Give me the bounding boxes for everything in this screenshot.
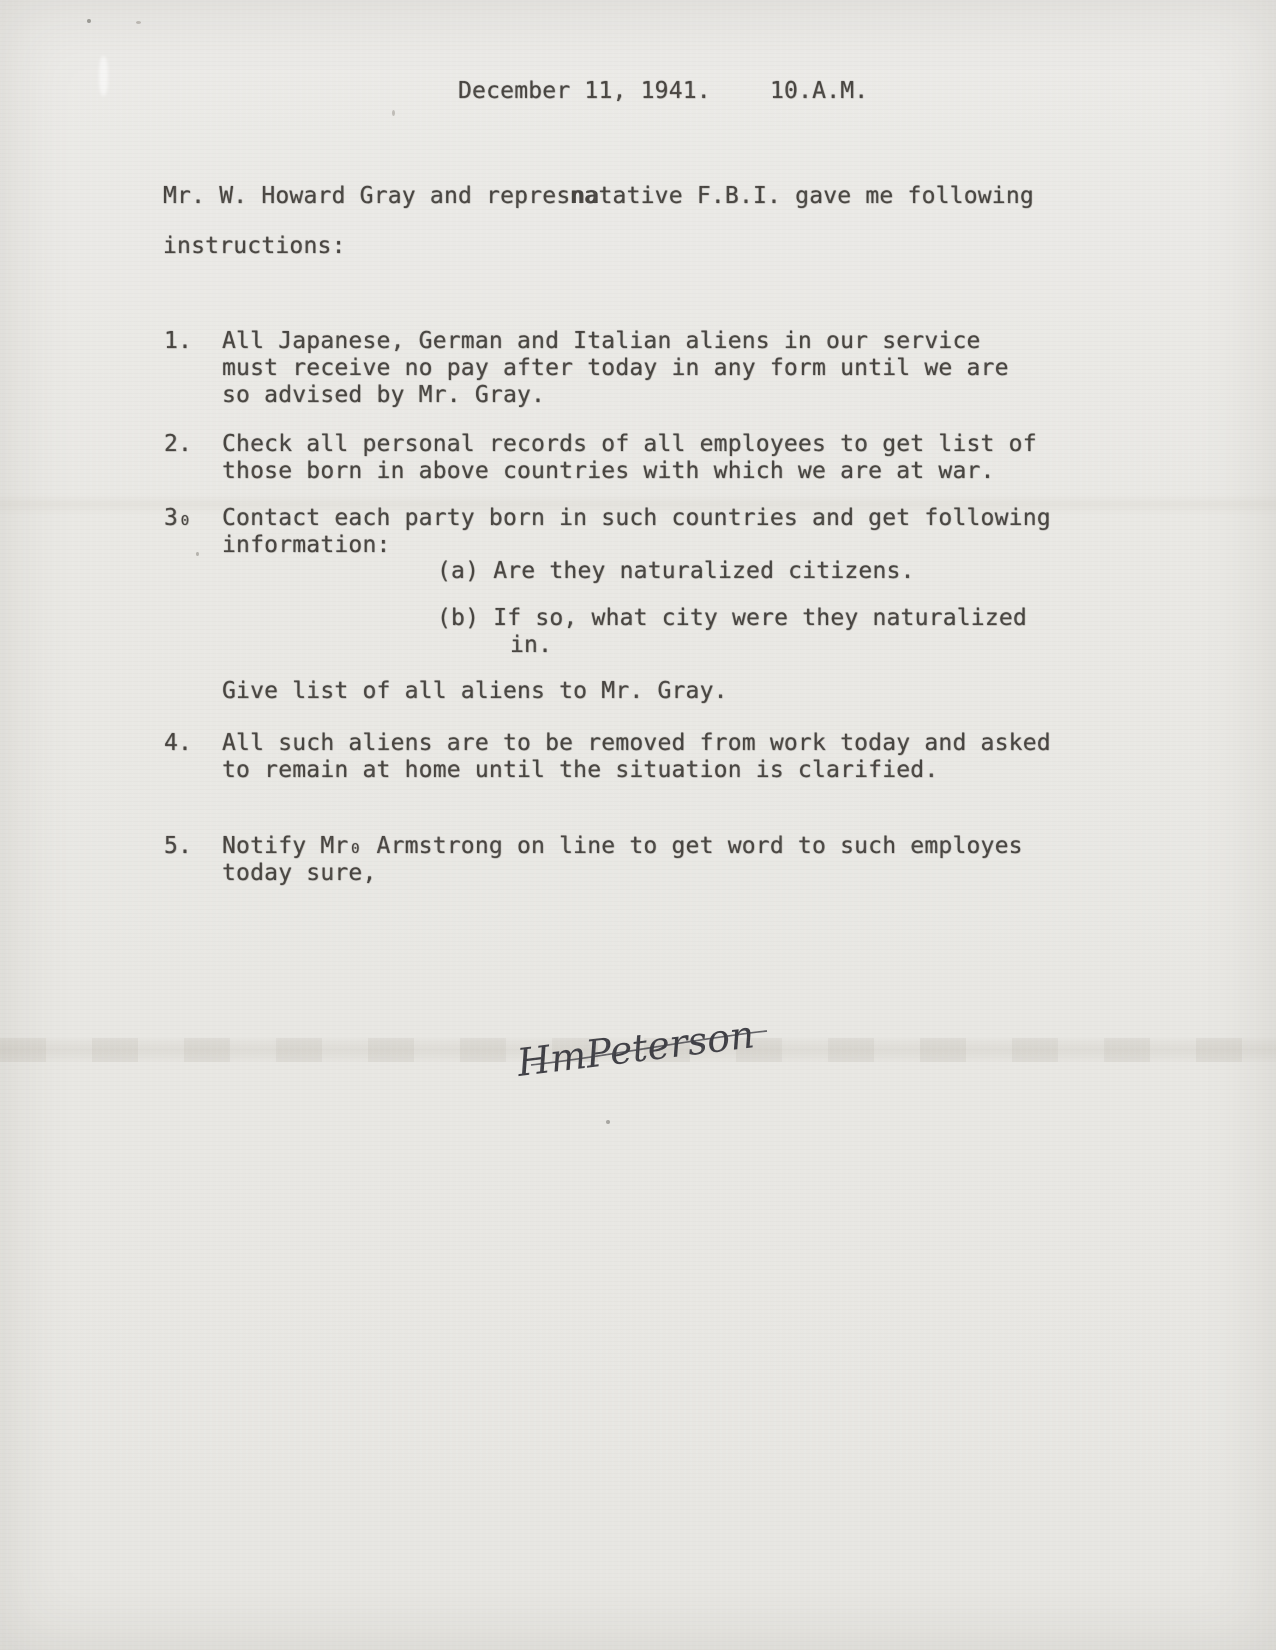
paper-speck [392, 110, 395, 116]
intro-line-1: Mr. W. Howard Gray and represnatative F.… [163, 183, 1034, 210]
signature-name-text: HmPeterson [514, 1012, 757, 1085]
item-1-line-2: must receive no pay after today in any f… [222, 355, 1009, 382]
item-1-line-1: All Japanese, German and Italian aliens … [222, 328, 981, 355]
item-3-marker: 3₀ [164, 505, 192, 532]
date-text: December 11, 1941. [458, 78, 711, 105]
time-text: 10.A.M. [770, 78, 868, 105]
item-4-line-2: to remain at home until the situation is… [222, 757, 938, 784]
intro-line1-after: tative F.B.I. gave me following [598, 183, 1033, 209]
note-line: Give list of all aliens to Mr. Gray. [222, 678, 728, 705]
item-2-line-2: those born in above countries with which… [222, 458, 995, 485]
item-5-marker: 5. [164, 833, 192, 860]
paper-crease [99, 56, 108, 96]
paper-speck [196, 552, 199, 556]
item-3-sub-a: (a) Are they naturalized citizens. [437, 558, 915, 585]
item-2-marker: 2. [164, 431, 192, 458]
intro-line-2: instructions: [163, 233, 346, 260]
intro-line1-before: Mr. W. Howard Gray and repres [163, 183, 570, 209]
item-3-sub-b-line-1: (b) If so, what city were they naturaliz… [437, 605, 1027, 632]
item-3-line-2: information: [222, 532, 391, 559]
item-3-line-1: Contact each party born in such countrie… [222, 505, 1051, 532]
paper-speck [136, 21, 141, 24]
item-1-marker: 1. [164, 328, 192, 355]
item-4-line-1: All such aliens are to be removed from w… [222, 730, 1051, 757]
document-page: December 11, 1941. 10.A.M. Mr. W. Howard… [0, 0, 1276, 1650]
item-1-line-3: so advised by Mr. Gray. [222, 382, 545, 409]
signature: HmPeterson [455, 998, 795, 1098]
item-3-sub-b-line-2: in. [510, 632, 552, 659]
item-4-marker: 4. [164, 730, 192, 757]
item-5-line-1: Notify Mr₀ Armstrong on line to get word… [222, 833, 1023, 860]
overstruck-chars: na [570, 183, 598, 209]
item-5-line-2: today sure, [222, 860, 377, 887]
item-2-line-1: Check all personal records of all employ… [222, 431, 1037, 458]
paper-speck [87, 19, 91, 23]
paper-speck [606, 1120, 610, 1124]
